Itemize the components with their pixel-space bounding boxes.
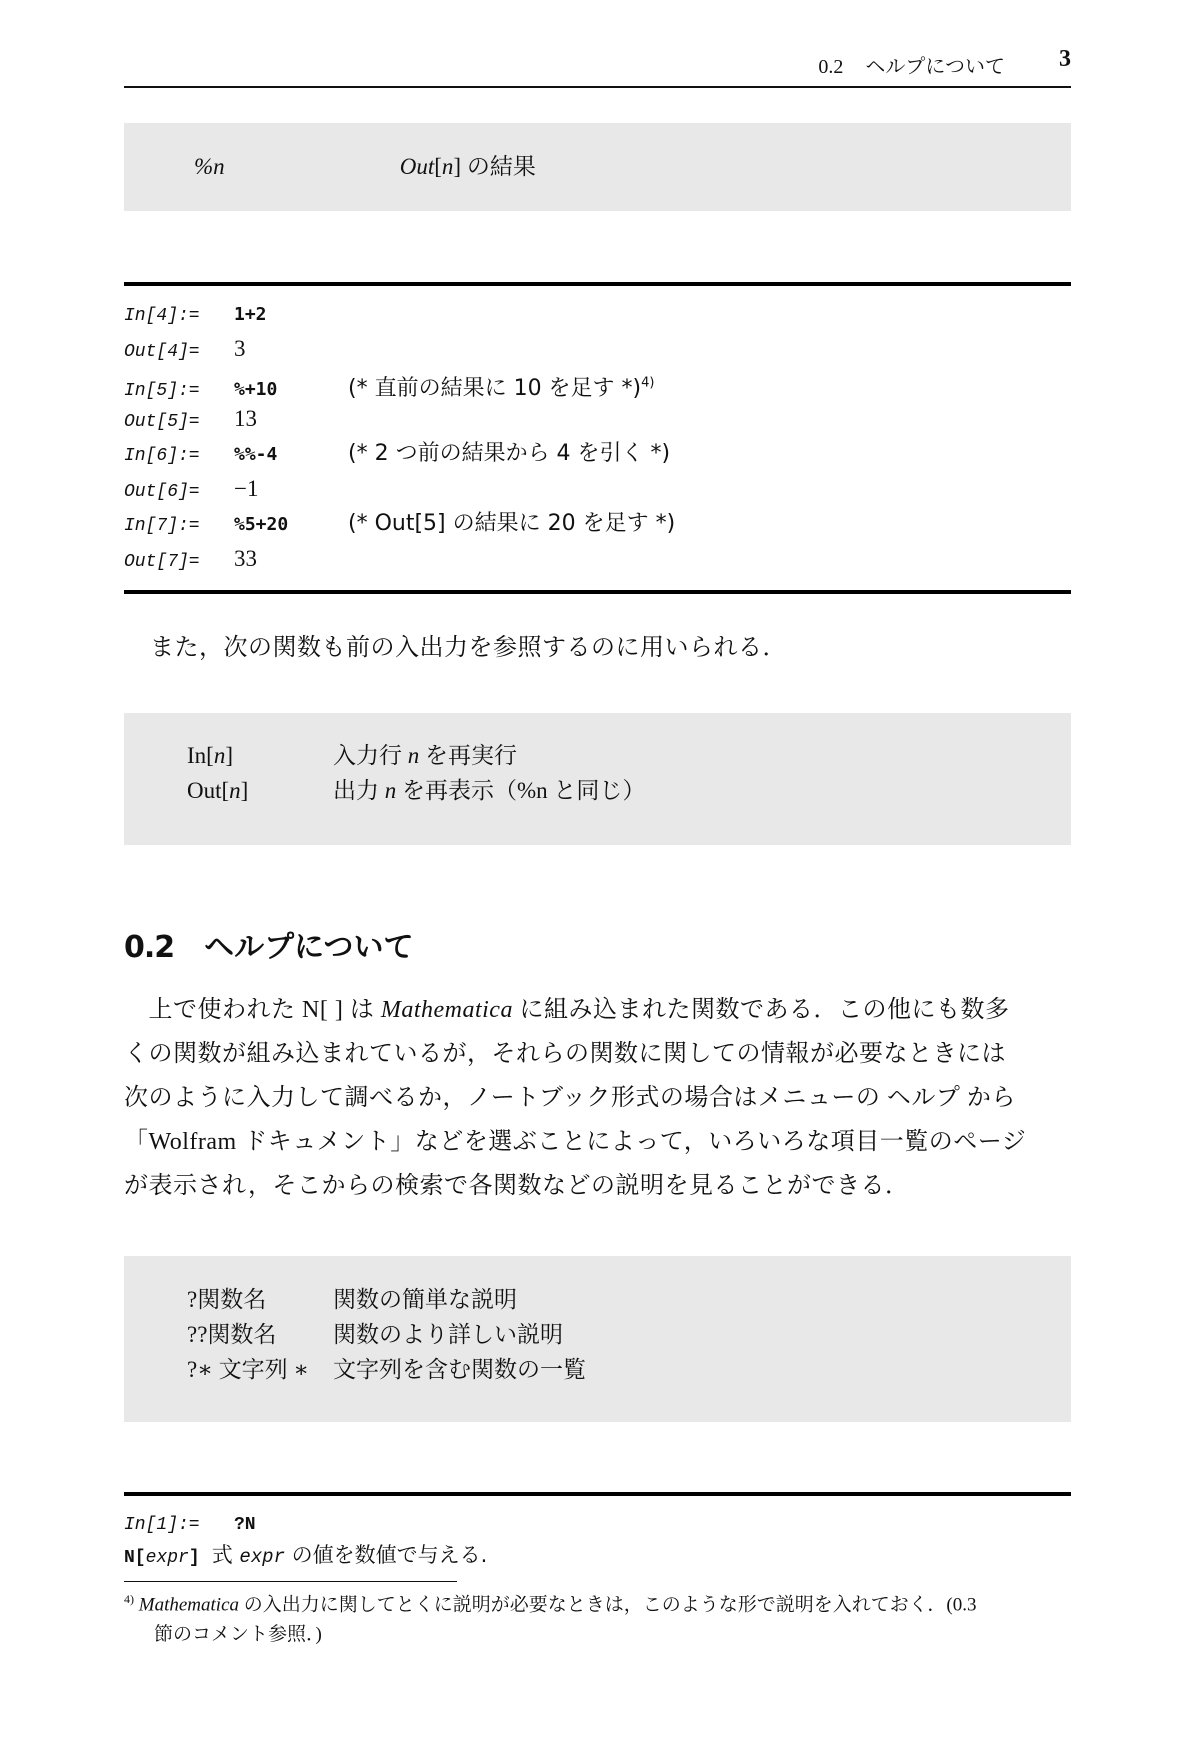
footnote-rule [124,1581,457,1582]
usage-syntax: N[expr] [124,1548,200,1568]
output-label: Out[5]= [124,407,234,437]
reference-description: 関数のより詳しい説明 [333,1322,563,1347]
body-paragraph: 上で使われた N[ ] は Mathematica に組み込まれた関数である．こ… [124,988,1026,1208]
input-code: %5+20 [234,510,348,540]
reference-description: 関数の簡単な説明 [333,1287,517,1312]
input-label: In[6]:= [124,441,234,471]
output-line: Out[7]=33 [124,544,257,574]
body-paragraph: また，次の関数も前の入出力を参照するのに用いられる． [150,626,787,670]
output-value: −1 [234,476,258,501]
paragraph-line: が表示され，そこからの検索で各関数などの説明を見ることができる． [124,1164,1026,1208]
reference-box-help: ?関数名関数の簡単な説明 ??関数名関数のより詳しい説明 ?∗ 文字列 ∗文字列… [124,1256,1071,1422]
footnote-mark: 4) [124,1592,134,1606]
section-title: ヘルプについて [204,930,413,965]
paragraph-line: 「Wolfram ドキュメント」などを選ぶことによって，いろいろな項目一覧のペー… [124,1120,1026,1164]
paragraph-line: 上で使われた N[ ] は Mathematica に組み込まれた関数である．こ… [124,988,1026,1032]
reference-row: %n Out[n] の結果 [194,149,536,184]
session-bottom-rule [124,590,1071,594]
reference-box-percent: %n Out[n] の結果 [124,123,1071,211]
output-line: Out[4]=3 [124,334,246,364]
reference-box-in-out: In[n]入力行 n を再実行 Out[n]出力 n を再表示（%n と同じ） [124,713,1071,845]
footnote-line: 節のコメント参照．) [124,1620,976,1650]
output-value: 3 [234,336,246,361]
input-line: In[6]:=%%-4(* 2 つ前の結果から 4 を引く *) [124,439,670,469]
output-value: 13 [234,406,257,431]
output-label: Out[7]= [124,547,234,577]
output-label: Out[6]= [124,477,234,507]
input-code: ?N [234,1515,256,1535]
reference-description: 文字列を含む関数の一覧 [333,1357,586,1382]
page-number: 3 [1059,46,1071,73]
section-number: 0.2 [124,930,174,965]
output-label: Out[4]= [124,337,234,367]
input-code: %%-4 [234,440,348,470]
reference-syntax: %n [194,149,394,184]
usage-text: 式 expr の値を数値で与える. [212,1543,488,1567]
reference-row: In[n]入力行 n を再実行 [187,738,517,773]
section-heading: 0.2ヘルプについて [124,922,414,966]
input-line: In[5]:=%+10(* 直前の結果に 10 を足す *)4) [124,369,654,399]
header-rule [124,86,1071,88]
output-line: Out[5]=13 [124,404,257,434]
input-comment: (* 直前の結果に 10 を足す *)4) [348,376,654,401]
reference-row: ??関数名関数のより詳しい説明 [187,1317,563,1352]
reference-description: Out[n] の結果 [400,154,536,179]
reference-row: ?関数名関数の簡単な説明 [187,1282,517,1317]
output-value: 33 [234,546,257,571]
input-code: 1+2 [234,300,348,330]
session-top-rule [124,1492,1071,1496]
footnote-ref: 4) [641,376,654,391]
input-label: In[1]:= [124,1510,234,1540]
input-label: In[4]:= [124,301,234,331]
reference-description: 入力行 n を再実行 [333,743,517,768]
input-comment: (* 2 つ前の結果から 4 を引く *) [348,441,670,466]
reference-row: ?∗ 文字列 ∗文字列を含む関数の一覧 [187,1352,586,1387]
input-code: %+10 [234,375,348,405]
output-line: Out[6]=−1 [124,474,258,504]
reference-syntax: ?関数名 [187,1282,333,1317]
reference-syntax: Out[n] [187,773,333,808]
input-label: In[7]:= [124,511,234,541]
reference-row: Out[n]出力 n を再表示（%n と同じ） [187,773,645,808]
input-line: In[4]:=1+2 [124,299,348,329]
input-comment: (* Out[5] の結果に 20 を足す *) [348,511,675,536]
input-line: In[1]:=?N [124,1508,256,1538]
reference-syntax: ??関数名 [187,1317,333,1352]
running-header-section-title: ヘルプについて [865,56,1005,78]
footnote-line: 4) Mathematica の入出力に関してとくに説明が必要なときは，このよう… [124,1584,976,1620]
reference-description: 出力 n を再表示（%n と同じ） [333,778,645,803]
usage-line: N[expr] 式 expr の値を数値で与える. [124,1540,487,1570]
input-line: In[7]:=%5+20(* Out[5] の結果に 20 を足す *) [124,509,675,539]
running-header-section-number: 0.2 [818,56,843,78]
reference-syntax: In[n] [187,738,333,773]
input-label: In[5]:= [124,376,234,406]
paragraph-line: くの関数が組み込まれているが，それらの関数に関しての情報が必要なときには [124,1032,1026,1076]
reference-syntax: ?∗ 文字列 ∗ [187,1352,333,1387]
paragraph-line: 次のように入力して調べるか，ノートブック形式の場合はメニューの ヘルプ から [124,1076,1026,1120]
footnote: 4) Mathematica の入出力に関してとくに説明が必要なときは，このよう… [124,1584,976,1650]
running-header-section: 0.2ヘルプについて [818,50,1005,79]
running-header: 0.2ヘルプについて 3 [124,46,1071,86]
session-top-rule [124,282,1071,286]
